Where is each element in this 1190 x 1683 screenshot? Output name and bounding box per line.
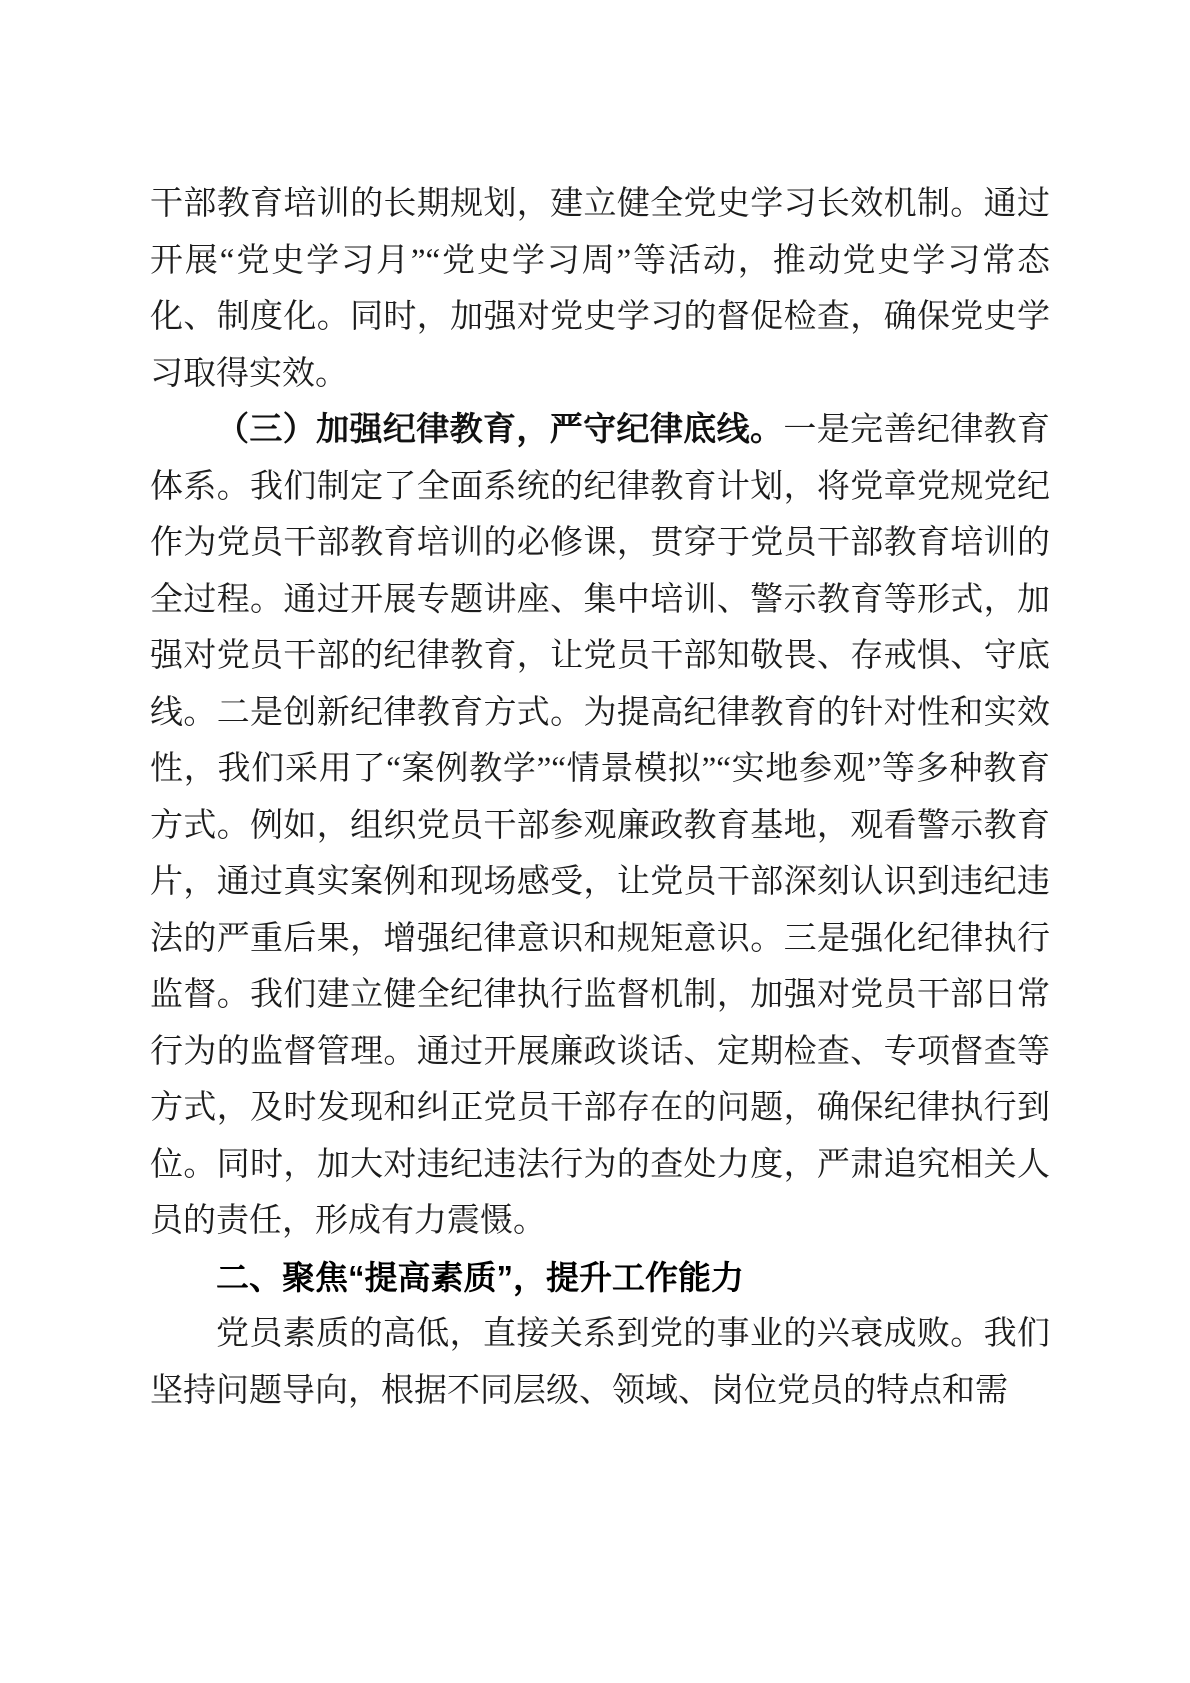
section-heading-improve-quality: 二、聚焦“提高素质”，提升工作能力 [150,1250,1050,1307]
paragraph-discipline-education: （三）加强纪律教育，严守纪律底线。一是完善纪律教育体系。我们制定了全面系统的纪律… [150,402,1050,1250]
paragraph-party-history-learning-continuation: 干部教育培训的长期规划，建立健全党史学习长效机制。通过开展“党史学习月”“党史学… [150,176,1050,402]
paragraph-bold-lead: （三）加强纪律教育，严守纪律底线。 [216,412,783,448]
paragraph-text: 党员素质的高低，直接关系到党的事业的兴衰成败。我们坚持问题导向，根据不同层级、领… [150,1316,1050,1409]
paragraph-member-quality: 党员素质的高低，直接关系到党的事业的兴衰成败。我们坚持问题导向，根据不同层级、领… [150,1306,1050,1419]
document-page: 干部教育培训的长期规划，建立健全党史学习长效机制。通过开展“党史学习月”“党史学… [0,0,1190,1683]
paragraph-text: 一是完善纪律教育体系。我们制定了全面系统的纪律教育计划，将党章党规党纪作为党员干… [150,412,1050,1239]
paragraph-text: 干部教育培训的长期规划，建立健全党史学习长效机制。通过开展“党史学习月”“党史学… [150,186,1050,392]
